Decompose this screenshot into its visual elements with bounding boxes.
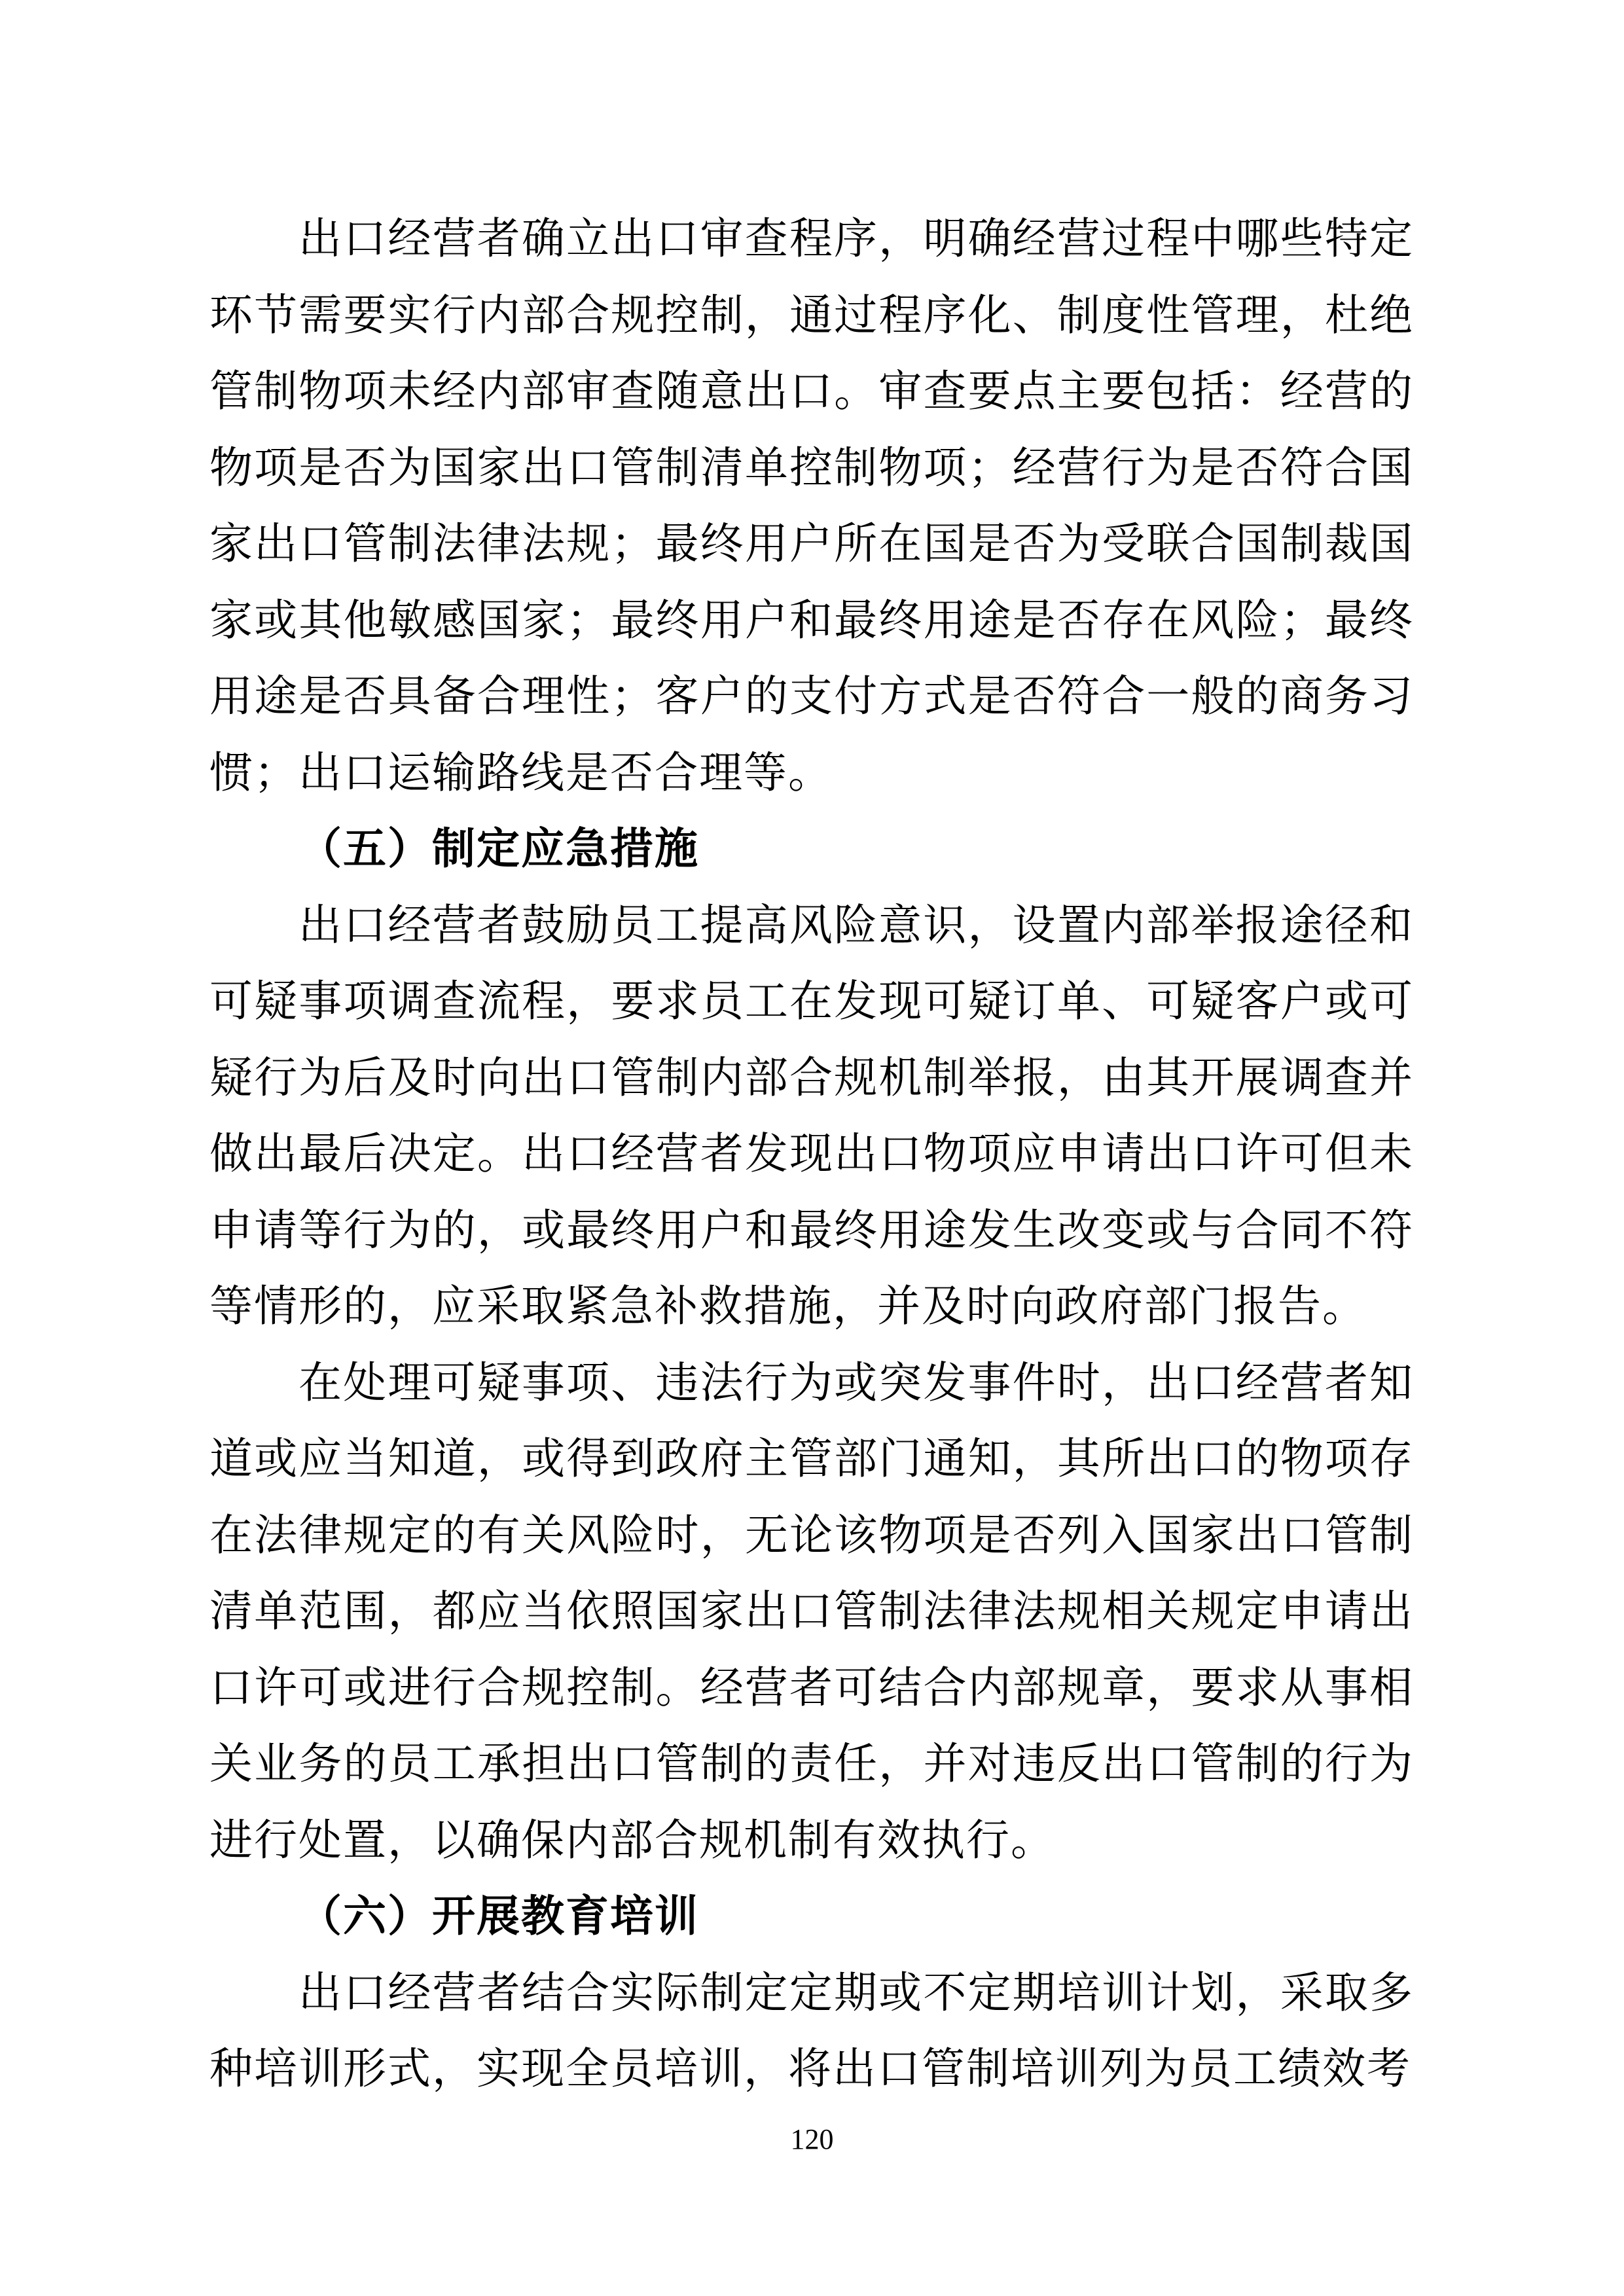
page-footer: 120 xyxy=(0,2122,1624,2157)
paragraph-internal-reporting: 出口经营者鼓励员工提高风险意识，设置内部举报途径和可疑事项调查流程，要求员工在发… xyxy=(209,888,1414,1346)
text-block: 出口经营者确立出口审查程序，明确经营过程中哪些特定环节需要实行内部合规控制，通过… xyxy=(209,202,1414,2108)
paragraph-export-review-procedure: 出口经营者确立出口审查程序，明确经营过程中哪些特定环节需要实行内部合规控制，通过… xyxy=(209,202,1414,812)
section-heading-5-emergency-measures: （五）制定应急措施 xyxy=(209,812,1414,888)
document-page: 出口经营者确立出口审查程序，明确经营过程中哪些特定环节需要实行内部合规控制，通过… xyxy=(0,0,1624,2296)
section-heading-6-education-training: （六）开展教育培训 xyxy=(209,1879,1414,1956)
paragraph-training-plan: 出口经营者结合实际制定定期或不定期培训计划，采取多种培训形式，实现全员培训，将出… xyxy=(209,1956,1414,2108)
paragraph-suspicious-matters-handling: 在处理可疑事项、违法行为或突发事件时，出口经营者知道或应当知道，或得到政府主管部… xyxy=(209,1346,1414,1880)
page-number: 120 xyxy=(791,2123,834,2155)
